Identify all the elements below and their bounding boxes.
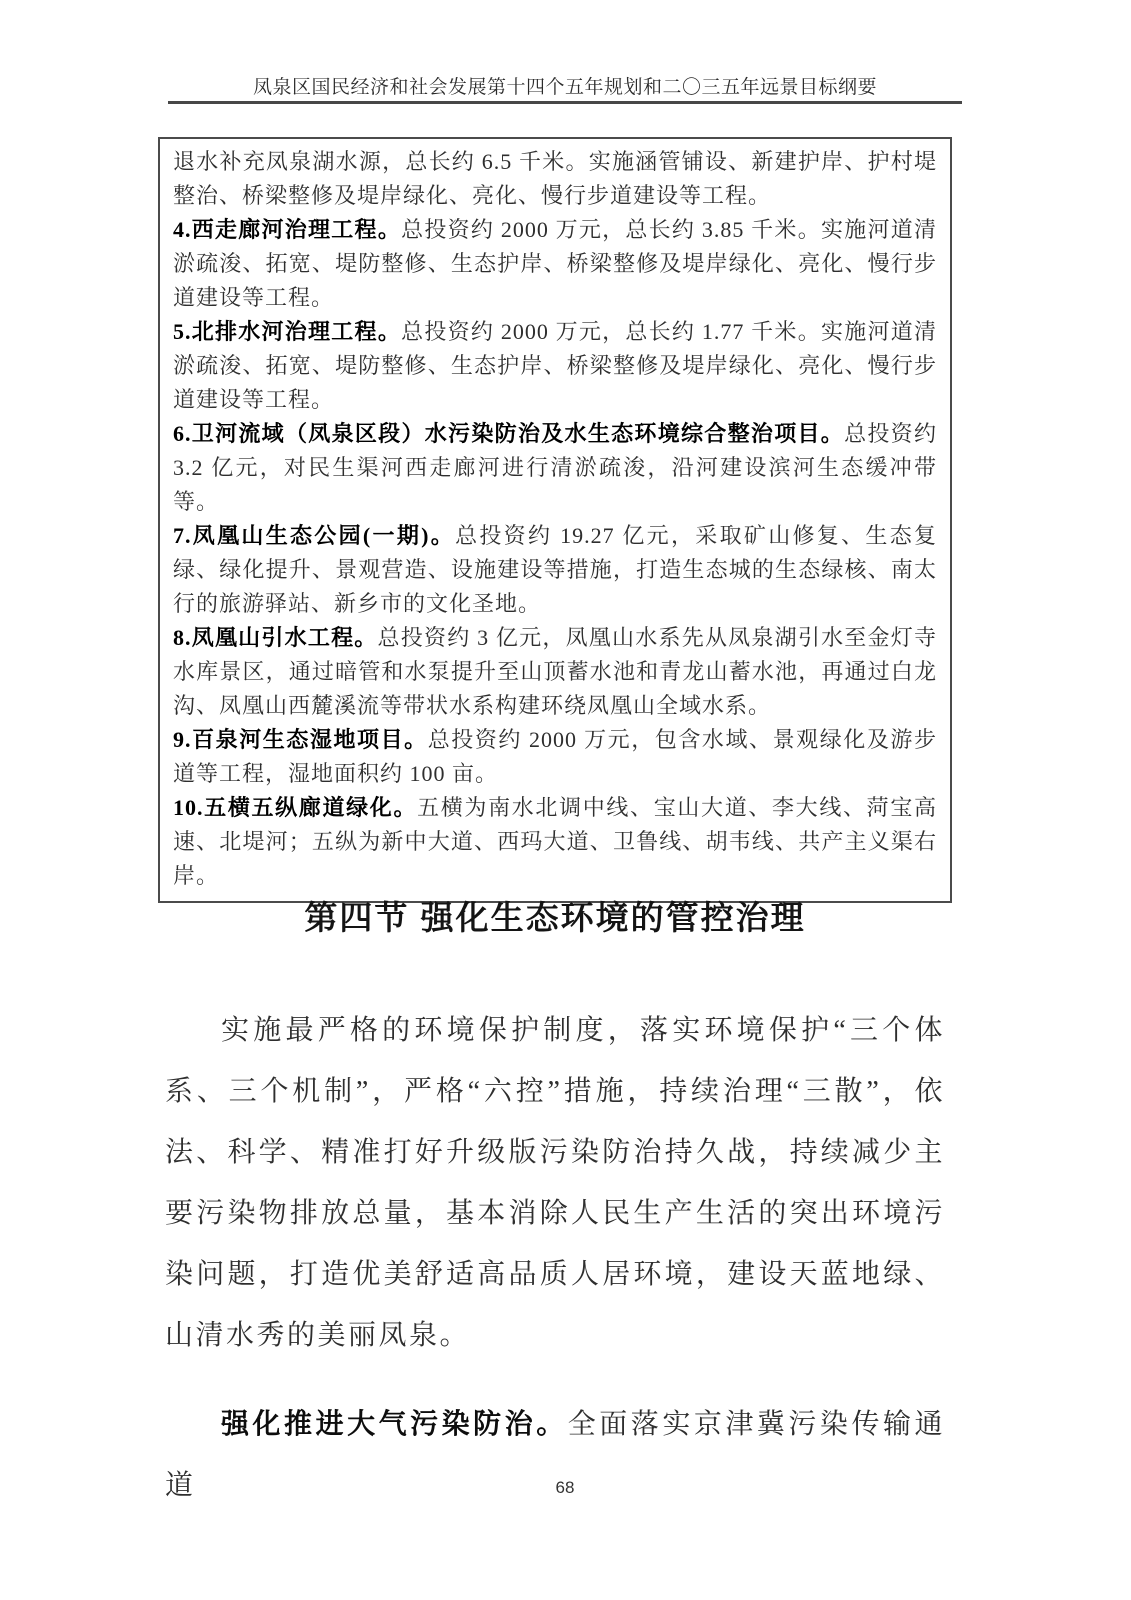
project-item-9: 9.百泉河生态湿地项目。总投资约 2000 万元，包含水域、景观绿化及游步道等工… <box>173 723 937 791</box>
project-item-6-title: 6.卫河流域（凤泉区段）水污染防治及水生态环境综合整治项目。 <box>173 421 844 446</box>
project-item-10-title: 10.五横五纵廊道绿化。 <box>173 795 417 820</box>
section-heading: 第四节 强化生态环境的管控治理 <box>158 892 952 939</box>
project-item-8-title: 8.凤凰山引水工程。 <box>173 625 378 650</box>
page-header-title: 凤泉区国民经济和社会发展第十四个五年规划和二〇三五年远景目标纲要 <box>168 72 962 99</box>
body-paragraph-1: 实施最严格的环境保护制度，落实环境保护“三个体系、三个机制”，严格“六控”措施，… <box>165 1000 945 1366</box>
header-divider <box>168 101 962 104</box>
project-item-9-title: 9.百泉河生态湿地项目。 <box>173 727 428 752</box>
project-item-7: 7.凤凰山生态公园(一期)。总投资约 19.27 亿元，采取矿山修复、生态复绿、… <box>173 519 937 621</box>
section-body: 实施最严格的环境保护制度，落实环境保护“三个体系、三个机制”，严格“六控”措施，… <box>165 1000 945 1516</box>
project-item-4-title: 4.西走廊河治理工程。 <box>173 217 401 242</box>
project-item-5: 5.北排水河治理工程。总投资约 2000 万元，总长约 1.77 千米。实施河道… <box>173 315 937 417</box>
project-item-4: 4.西走廊河治理工程。总投资约 2000 万元，总长约 3.85 千米。实施河道… <box>173 213 937 315</box>
body-paragraph-2-lead: 强化推进大气污染防治。 <box>221 1409 568 1440</box>
continuation-paragraph: 退水补充凤泉湖水源，总长约 6.5 千米。实施涵管铺设、新建护岸、护村堤整治、桥… <box>173 145 937 213</box>
project-list-box: 退水补充凤泉湖水源，总长约 6.5 千米。实施涵管铺设、新建护岸、护村堤整治、桥… <box>158 137 952 903</box>
project-item-6: 6.卫河流域（凤泉区段）水污染防治及水生态环境综合整治项目。总投资约 3.2 亿… <box>173 417 937 519</box>
project-item-8: 8.凤凰山引水工程。总投资约 3 亿元，凤凰山水系先从凤泉湖引水至金灯寺水库景区… <box>173 621 937 723</box>
project-item-10: 10.五横五纵廊道绿化。五横为南水北调中线、宝山大道、李大线、菏宝高速、北堤河；… <box>173 791 937 893</box>
document-page: 凤泉区国民经济和社会发展第十四个五年规划和二〇三五年远景目标纲要 退水补充凤泉湖… <box>0 0 1131 1600</box>
project-item-5-title: 5.北排水河治理工程。 <box>173 319 401 344</box>
project-item-7-title: 7.凤凰山生态公园(一期)。 <box>173 523 455 548</box>
page-number: 68 <box>168 1478 962 1498</box>
